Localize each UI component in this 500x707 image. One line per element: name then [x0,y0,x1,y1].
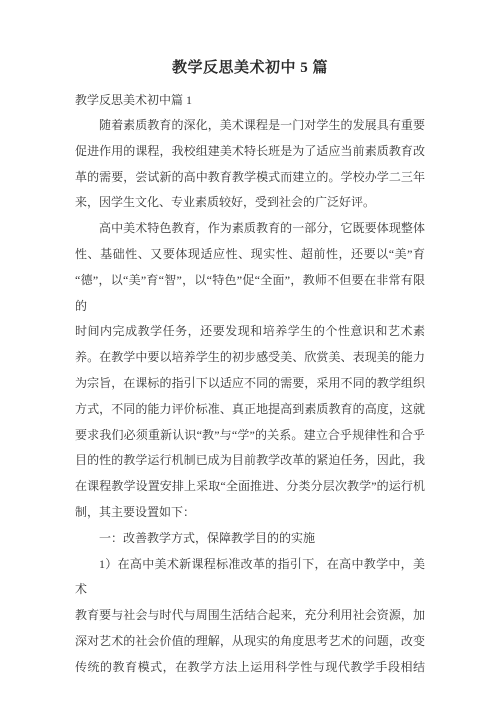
section-heading: 教学反思美术初中篇 1 [75,87,425,113]
text-line: “德”，以“美”育“智”，以“特色”促“全面”，教师不但要在非常有限的 [75,268,425,320]
text-line: 方式，不同的能力评价标准、真正地提高到素质教育的高度，这就 [75,397,425,423]
text-line: 来，因学生文化、专业素质较好，受到社会的广泛好评。 [75,190,425,216]
text-line: 目的性的教学运行机制已成为目前教学改革的紧迫任务，因此，我 [75,448,425,474]
text-line: 时间内完成教学任务，还要发现和培养学生的个性意识和艺术素 [75,319,425,345]
text-line: 深对艺术的社会价值的理解，从现实的角度思考艺术的问题，改变 [75,629,425,655]
document-body: 随着素质教育的深化，美术课程是一门对学生的发展具有重要促进作用的课程，我校组建美… [75,113,425,681]
text-line: 性、基础性、又要体现适应性、现实性、超前性，还要以“美”育 [75,242,425,268]
document-page: 教学反思美术初中 5 篇 教学反思美术初中篇 1 随着素质教育的深化，美术课程是… [0,0,500,707]
text-line: 革的需要，尝试新的高中教育教学模式而建立的。学校办学二三年 [75,165,425,191]
text-line: 高中美术特色教育，作为素质教育的一部分，它既要体现整体 [75,216,425,242]
text-line: 1）在高中美术新课程标准改革的指引下，在高中教学中，美术 [75,552,425,604]
text-line: 一：改善教学方式，保障教学目的的实施 [75,526,425,552]
text-line: 养。在教学中要以培养学生的初步感受美、欣赏美、表现美的能力 [75,345,425,371]
text-line: 传统的教育模式，在教学方法上运用科学性与现代教学手段相结 [75,655,425,681]
document-title: 教学反思美术初中 5 篇 [75,57,425,79]
text-line: 为宗旨，在课标的指引下以适应不同的需要，采用不同的教学组织 [75,371,425,397]
text-line: 制，其主要设置如下： [75,500,425,526]
text-line: 随着素质教育的深化，美术课程是一门对学生的发展具有重要 [75,113,425,139]
text-line: 在课程教学设置安排上采取“全面推进、分类分层次教学”的运行机 [75,474,425,500]
text-line: 要求我们必须重新认识“教”与“学”的关系。建立合乎规律性和合乎 [75,423,425,449]
text-line: 促进作用的课程，我校组建美术特长班是为了适应当前素质教育改 [75,139,425,165]
text-line: 教育要与社会与时代与周围生活结合起来，充分利用社会资源，加 [75,603,425,629]
